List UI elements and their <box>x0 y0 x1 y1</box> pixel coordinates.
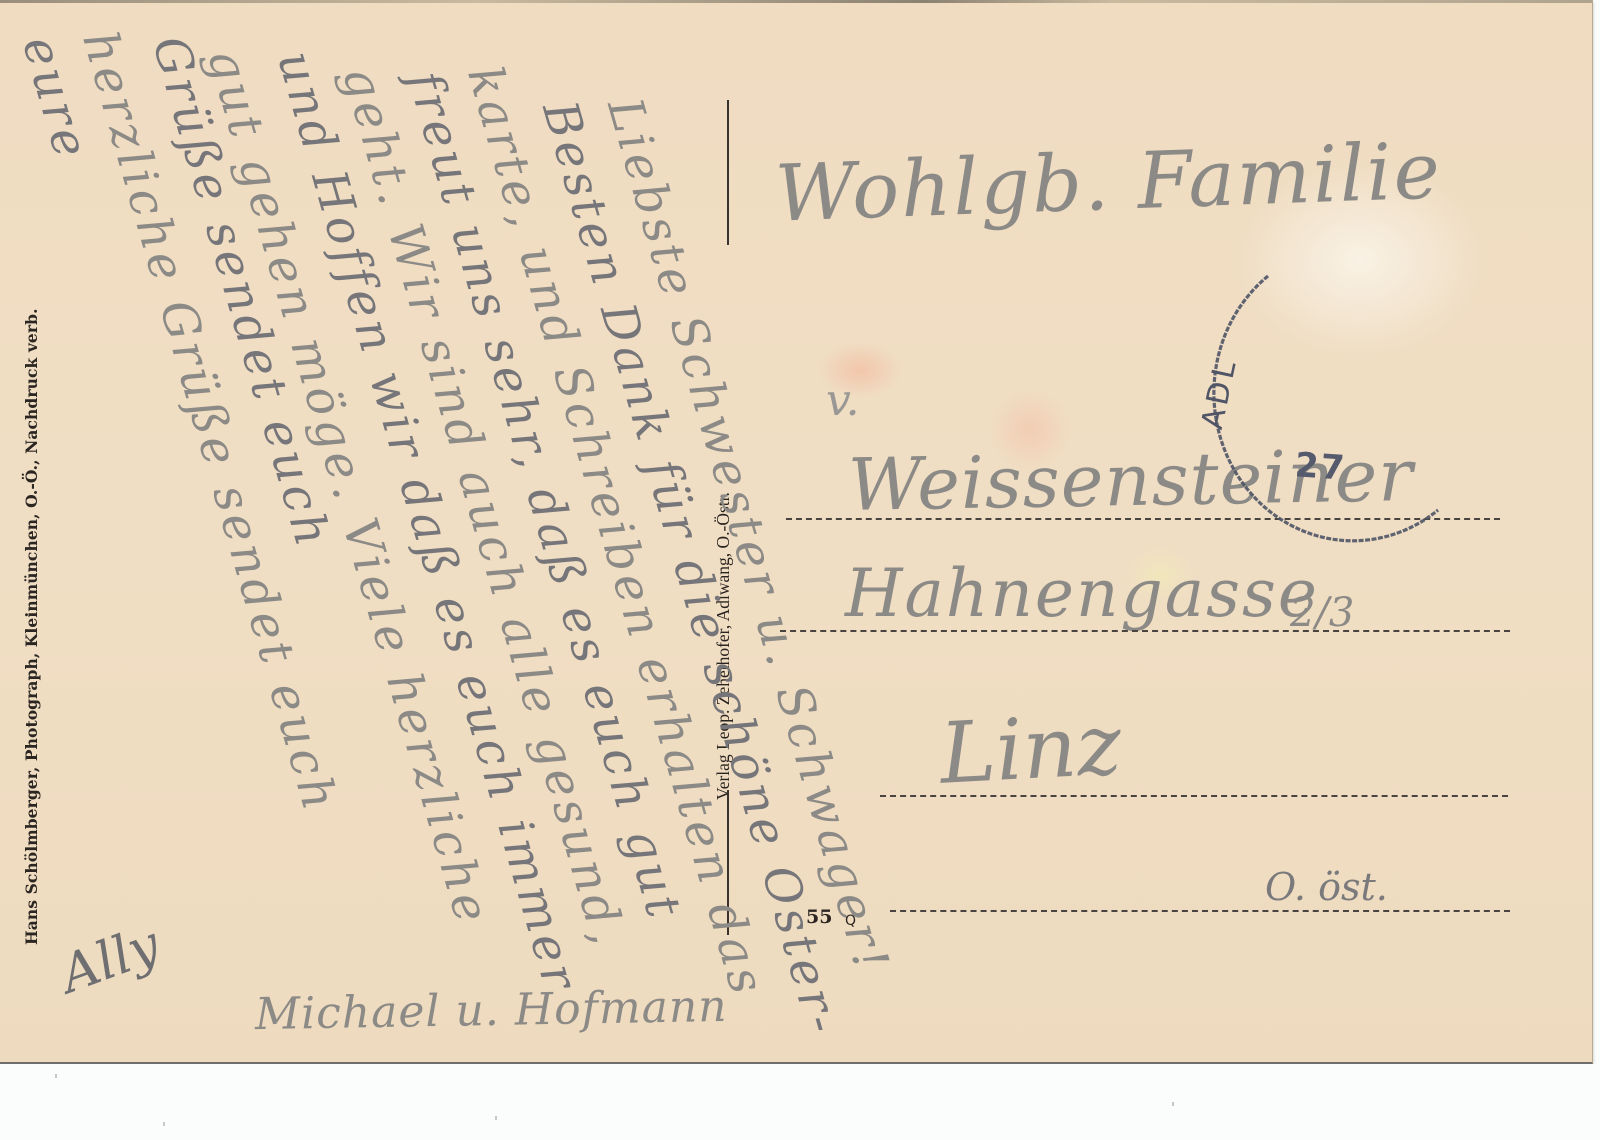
postmark-date: 27 <box>1294 445 1348 488</box>
scanner-background <box>0 1064 1600 1140</box>
card-top-edge <box>0 0 1592 3</box>
address-region: O. öst. <box>1265 865 1388 909</box>
address-salutation: Wohlgb. Familie <box>774 126 1444 239</box>
photographer-imprint: Hans Schölmberger, Photograph, Kleinmünc… <box>22 308 41 945</box>
form-number: 55 <box>806 906 832 928</box>
divider-line-top <box>727 100 729 245</box>
address-city: Linz <box>938 695 1124 802</box>
dust-speck <box>163 1122 165 1126</box>
form-letter: Q <box>845 913 856 929</box>
address-line-4 <box>890 910 1510 912</box>
address-street: Hahnengasse <box>845 555 1319 632</box>
postcard-back: Hans Schölmberger, Photograph, Kleinmünc… <box>0 0 1593 1064</box>
address-name-prefix: v. <box>826 375 860 426</box>
dust-speck <box>1172 1102 1174 1106</box>
message-initials: Ally <box>53 915 168 1006</box>
address-line-2 <box>780 630 1510 632</box>
sender-signature: Michael u. Hofmann <box>255 981 728 1040</box>
dust-speck <box>55 1074 57 1078</box>
address-line-3 <box>880 795 1508 797</box>
dust-speck <box>495 1116 497 1120</box>
